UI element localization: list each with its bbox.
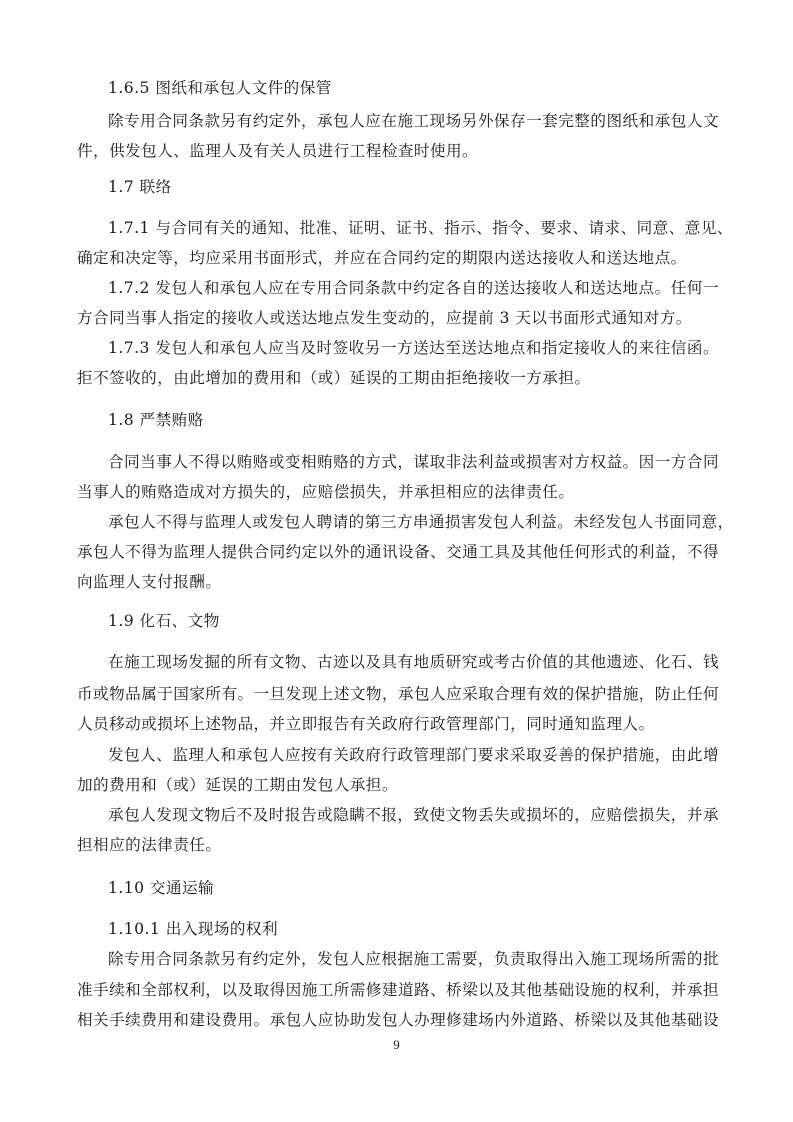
paragraph-line: 除专用合同条款另有约定外，承包人应在施工现场另外保存一套完整的图纸和承包人文 [108, 110, 719, 132]
paragraph-line: 在施工现场发掘的所有文物、古迹以及具有地质研究或考古价值的其他遗迹、化石、钱 [108, 651, 719, 673]
paragraph-line: 人员移动或损坏上述物品，并立即报告有关政府行政管理部门，同时通知监理人。 [77, 713, 719, 735]
document-page: 1.6.5 图纸和承包人文件的保管除专用合同条款另有约定外，承包人应在施工现场另… [0, 0, 793, 1122]
paragraph-line: 担相应的法律责任。 [77, 834, 719, 856]
paragraph-line: 合同当事人不得以贿赂或变相贿赂的方式，谋取非法利益或损害对方权益。因一方合同 [108, 451, 719, 473]
paragraph-line: 1.7.2 发包人和承包人应在专用合同条款中约定各自的送达接收人和送达地点。任何… [108, 277, 719, 299]
paragraph-line: 向监理人支付报酬。 [77, 571, 719, 593]
paragraph-line: 发包人、监理人和承包人应按有关政府行政管理部门要求采取妥善的保护措施，由此增 [108, 744, 719, 766]
paragraph-line: 加的费用和（或）延误的工期由发包人承担。 [77, 774, 719, 796]
paragraph-line: 1.7.3 发包人和承包人应当及时签收另一方送达至送达地点和指定接收人的来往信函… [108, 337, 719, 359]
paragraph-line: 相关手续费用和建设费用。承包人应协助发包人办理修建场内外道路、桥梁以及其他基础设 [77, 1009, 719, 1031]
section-heading: 1.7 联络 [108, 176, 719, 198]
paragraph-line: 当事人的贿赂造成对方损失的，应赔偿损失，并承担相应的法律责任。 [77, 481, 719, 503]
section-heading: 1.10 交通运输 [108, 877, 719, 899]
section-heading: 1.10.1 出入现场的权利 [108, 918, 719, 940]
section-heading: 1.6.5 图纸和承包人文件的保管 [108, 77, 719, 99]
paragraph-line: 承包人不得为监理人提供合同约定以外的通讯设备、交通工具及其他任何形式的利益，不得 [77, 541, 719, 563]
section-heading: 1.9 化石、文物 [108, 610, 719, 632]
paragraph-line: 除专用合同条款另有约定外，发包人应根据施工需要，负责取得出入施工现场所需的批 [108, 948, 719, 970]
page-number: 9 [0, 1036, 793, 1054]
section-heading: 1.8 严禁贿赂 [108, 409, 719, 431]
paragraph-line: 方合同当事人指定的接收人或送达地点发生变动的，应提前 3 天以书面形式通知对方。 [77, 307, 719, 329]
paragraph-line: 确定和决定等，均应采用书面形式，并应在合同约定的期限内送达接收人和送达地点。 [77, 247, 719, 269]
paragraph-line: 件，供发包人、监理人及有关人员进行工程检查时使用。 [77, 140, 719, 162]
paragraph-line: 准手续和全部权利，以及取得因施工所需修建道路、桥梁以及其他基础设施的权利，并承担 [77, 979, 719, 1001]
paragraph-line: 拒不签收的，由此增加的费用和（或）延误的工期由拒绝接收一方承担。 [77, 367, 719, 389]
paragraph-line: 承包人不得与监理人或发包人聘请的第三方串通损害发包人利益。未经发包人书面同意， [108, 511, 719, 533]
paragraph-line: 1.7.1 与合同有关的通知、批准、证明、证书、指示、指令、要求、请求、同意、意… [108, 217, 719, 239]
paragraph-line: 承包人发现文物后不及时报告或隐瞒不报，致使文物丢失或损坏的，应赔偿损失，并承 [108, 804, 719, 826]
paragraph-line: 币或物品属于国家所有。一旦发现上述文物，承包人应采取合理有效的保护措施，防止任何 [77, 683, 719, 705]
